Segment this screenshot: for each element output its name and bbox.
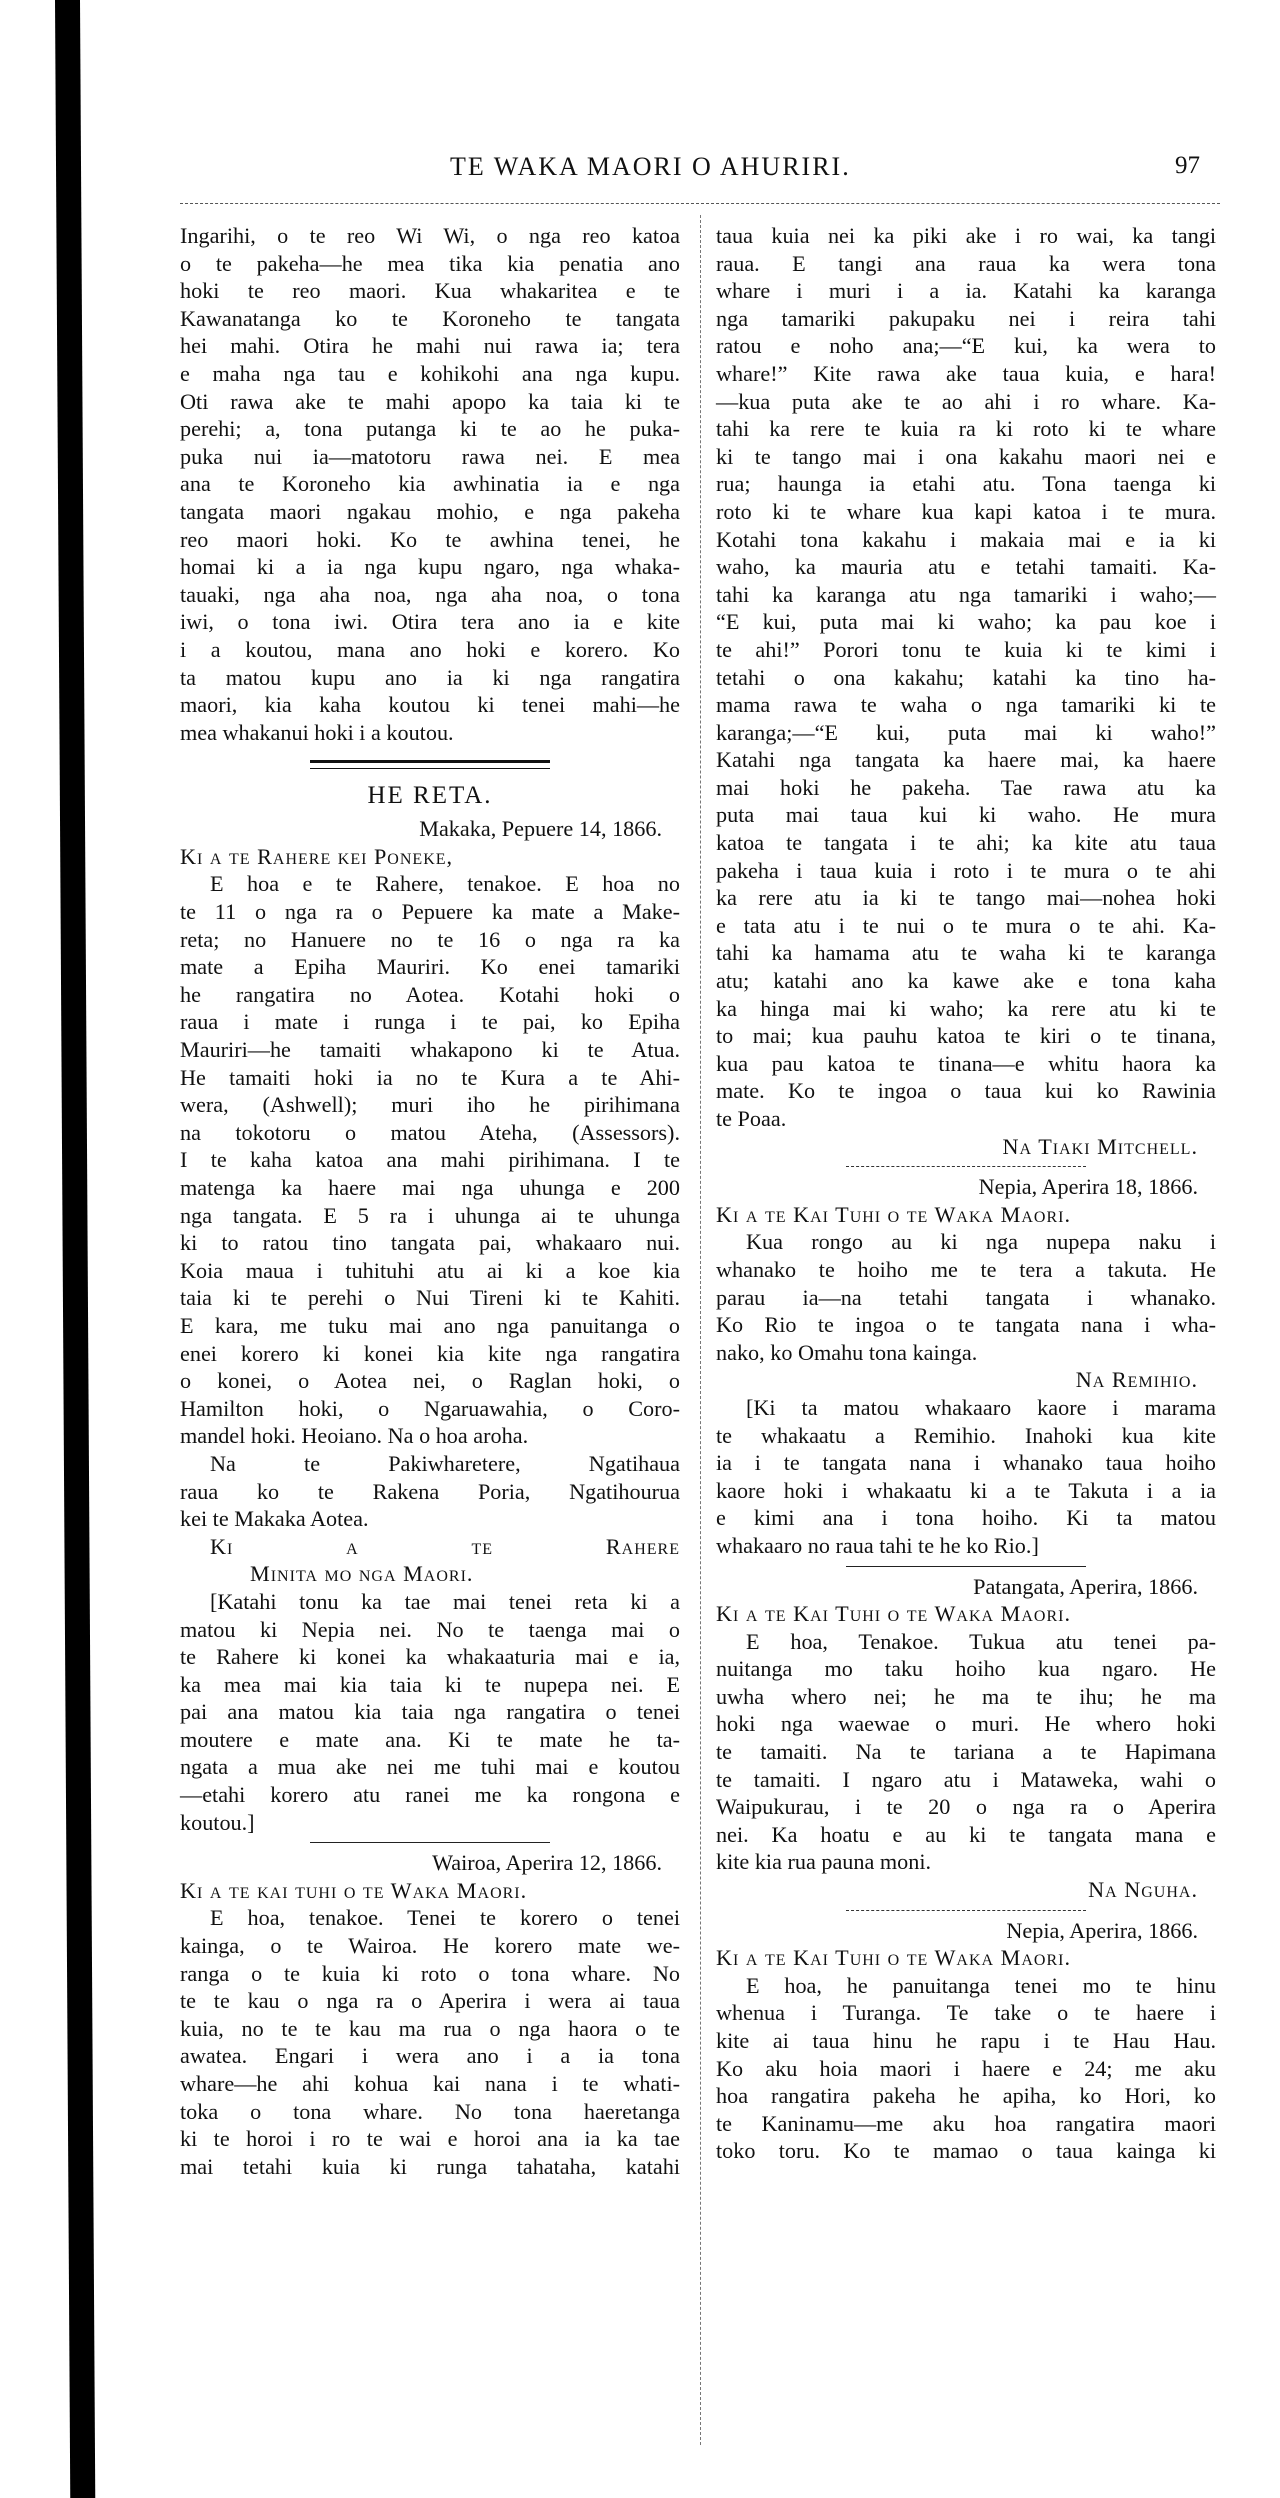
running-title: TE WAKA MAORI O AHURIRI. [450, 152, 851, 182]
text-line: enei korero ki konei kia kite nga rangat… [180, 1340, 680, 1368]
editor-note-line: [Ki ta matou whakaaro kaore i marama [716, 1394, 1216, 1422]
text-line: mate. Ko te ingoa o taua kui ko Rawinia [716, 1077, 1216, 1105]
text-line: perehi; a, tona putanga ki te ao he puka… [180, 415, 680, 443]
text-line: reo maori hoki. Ko te awhina tenei, he [180, 526, 680, 554]
salutation: Ki a te Kai Tuhi o te Waka Maori. [716, 1944, 1216, 1972]
dateline: Nepia, Aperira 18, 1866. [716, 1173, 1216, 1201]
text-line: na tokotoru o matou Ateha, (Assessors). [180, 1119, 680, 1147]
text-line: puta mai taua kui ki waho. He mura [716, 801, 1216, 829]
text-line: toka o tona whare. No tona haeretanga [180, 2098, 680, 2126]
letter-signature: Na te Pakiwharetere, Ngatihauaraua ko te… [180, 1450, 680, 1533]
section-heading: HE RETA. [180, 777, 680, 815]
separator-rule [846, 1910, 1086, 1911]
signature-line: Na te Pakiwharetere, Ngatihaua [180, 1450, 680, 1478]
editor-note-line: moutere e mate ana. Ki te mate he ta- [180, 1726, 680, 1754]
text-line: tetahi o ona kakahu; katahi ka tino ha- [716, 664, 1216, 692]
letter-signature: Na Tiaki Mitchell. [716, 1133, 1216, 1161]
text-line: raua. E tangi ana raua ka wera tona [716, 250, 1216, 278]
text-line: hoki te reo maori. Kua whakaritea e te [180, 277, 680, 305]
address-line: Minita mo nga Maori. [180, 1560, 680, 1588]
text-line: Mauriri—he tamaiti whakapono ki te Atua. [180, 1036, 680, 1064]
text-line: E hoa, he panuitanga tenei mo te hinu [716, 1972, 1216, 2000]
running-head: TE WAKA MAORI O AHURIRI. 97 [180, 152, 1220, 188]
text-line: “E kui, puta mai ki waho; ka pau koe i [716, 608, 1216, 636]
text-line: nga tangata. E 5 ra i uhunga ai te uhung… [180, 1202, 680, 1230]
column-divider [700, 215, 701, 2445]
editor-note-line: e kimi ana i tona hoiho. Ki ta matou [716, 1504, 1216, 1532]
editor-note-line: kaore hoki i whakaatu ki a te Takuta i a… [716, 1477, 1216, 1505]
text-line: taua kuia nei ka piki ake i ro wai, ka t… [716, 222, 1216, 250]
text-line: parau ia—na tetahi tangata i whanako. [716, 1284, 1216, 1312]
text-line: tahi ka karanga atu nga tamariki i waho;… [716, 581, 1216, 609]
text-line: tahi ka hamama atu te waha ki te karanga [716, 939, 1216, 967]
scan-edge-bar [55, 0, 95, 2498]
text-line: matenga ka haere mai nga uhunga e 200 [180, 1174, 680, 1202]
text-line: wera, (Ashwell); muri iho he pirihimana [180, 1091, 680, 1119]
editor-note-line: —etahi korero atu ranei me ka rongona e [180, 1781, 680, 1809]
editor-note-line: te whakaatu a Remihio. Inahoki kua kite [716, 1422, 1216, 1450]
salutation: Ki a te Kai Tuhi o te Waka Maori. [716, 1201, 1216, 1229]
double-rule [310, 760, 550, 769]
salutation: Ki a te Rahere kei Poneke, [180, 843, 680, 871]
editor-note-line: whakaaro no raua tahi te he ko Rio.] [716, 1532, 1216, 1560]
dateline: Patangata, Aperira, 1866. [716, 1573, 1216, 1601]
text-line: katoa te tangata i te ahi; ka kite atu t… [716, 829, 1216, 857]
separator-rule [846, 1566, 1086, 1567]
text-line: e maha nga tau e kohikohi ana nga kupu. [180, 360, 680, 388]
text-line: raua i mate i runga i te pai, ko Epiha [180, 1008, 680, 1036]
address-line: Ki a te Rahere [180, 1533, 680, 1561]
text-line: e tata atu i te nui o te mura o te ahi. … [716, 912, 1216, 940]
text-line: atu; katahi ano ka kawe ake e tona kaha [716, 967, 1216, 995]
text-line: whenua i Turanga. Te take o te haere i [716, 1999, 1216, 2027]
text-line: whare i muri i a ia. Katahi ka karanga [716, 277, 1216, 305]
text-line: —kua puta ake te ao ahi i ro whare. Ka- [716, 388, 1216, 416]
dateline: Wairoa, Aperira 12, 1866. [180, 1849, 680, 1877]
text-line: karanga;—“E kui, puta mai ki waho!” [716, 719, 1216, 747]
page-number: 97 [1175, 152, 1200, 180]
text-line: E hoa, tenakoe. Tenei te korero o tenei [180, 1904, 680, 1932]
text-line: te te kau o nga ra o Aperira i wera ai t… [180, 1987, 680, 2015]
text-line: te Kaninamu—me aku hoa rangatira maori [716, 2110, 1216, 2138]
editor-note-line: [Katahi tonu ka tae mai tenei reta ki a [180, 1588, 680, 1616]
text-line: mea whakanui hoki i a koutou. [180, 719, 680, 747]
letter-signature: Na Remihio. [716, 1366, 1216, 1394]
text-line: he rangatira no Aotea. Kotahi hoki o [180, 981, 680, 1009]
text-line: hoki nga waewae o muri. He whero hoki [716, 1710, 1216, 1738]
text-line: uwha whero nei; he ma te ihu; he ma [716, 1683, 1216, 1711]
text-line: waho, ka mauria atu e tetahi tamaiti. Ka… [716, 553, 1216, 581]
right-column: taua kuia nei ka piki ake i ro wai, ka t… [716, 222, 1216, 2165]
letter-body: E hoa e te Rahere, tenakoe. E hoa note 1… [180, 870, 680, 1449]
text-line: Oti rawa ake te mahi apopo ka taia ki te [180, 388, 680, 416]
text-line: ka hinga mai ki waho; ka rere atu ki te [716, 995, 1216, 1023]
text-line: Hamilton hoki, o Ngaruawahia, o Coro- [180, 1395, 680, 1423]
salutation: Ki a te kai tuhi o te Waka Maori. [180, 1877, 680, 1905]
text-line: ki te tango mai i ona kakahu maori nei e [716, 443, 1216, 471]
text-line: He tamaiti hoki ia no te Kura a te Ahi- [180, 1064, 680, 1092]
separator-rule [310, 1842, 550, 1843]
text-line: mama rawa te waha o nga tamariki ki te [716, 691, 1216, 719]
text-line: iwi, o tona iwi. Otira tera ano ia e kit… [180, 608, 680, 636]
text-line: nako, ko Omahu tona kainga. [716, 1339, 1216, 1367]
letter-body: E hoa, Tenakoe. Tukua atu tenei pa-nuita… [716, 1628, 1216, 1876]
text-line: o konei, o Aotea nei, o Raglan hoki, o [180, 1367, 680, 1395]
text-line: Ko Rio te ingoa o te tangata nana i wha- [716, 1311, 1216, 1339]
letter-body: E hoa, he panuitanga tenei mo te hinuwhe… [716, 1972, 1216, 2165]
text-line: to mai; kua pauhu katoa te kiri o te tin… [716, 1022, 1216, 1050]
letter-body-continued: taua kuia nei ka piki ake i ro wai, ka t… [716, 222, 1216, 1133]
text-line: maori, kia kaha koutou ki tenei mahi—he [180, 691, 680, 719]
text-line: I te kaha katoa ana mahi pirihimana. I t… [180, 1146, 680, 1174]
text-line: te Poaa. [716, 1105, 1216, 1133]
text-line: mate a Epiha Mauriri. Ko enei tamariki [180, 953, 680, 981]
text-line: Katahi nga tangata ka haere mai, ka haer… [716, 746, 1216, 774]
text-line: te tamaiti. Na te tariana a te Hapimana [716, 1738, 1216, 1766]
letter-address: Ki a te RahereMinita mo nga Maori. [180, 1533, 680, 1588]
article-continuation: Ingarihi, o te reo Wi Wi, o nga reo kato… [180, 222, 680, 746]
text-line: ka rere atu ia ki te tango mai—nohea hok… [716, 884, 1216, 912]
text-line: tauaki, nga aha noa, nga aha noa, o tona [180, 581, 680, 609]
text-line: hoa rangatira pakeha he apiha, ko Hori, … [716, 2082, 1216, 2110]
text-line: ki te horoi i ro te wai e horoi ana ia k… [180, 2125, 680, 2153]
editor-note-line: ngata a mua ake nei me tuhi mai e koutou [180, 1753, 680, 1781]
signature-line: kei te Makaka Aotea. [180, 1505, 680, 1533]
dateline: Makaka, Pepuere 14, 1866. [180, 815, 680, 843]
text-line: E hoa, Tenakoe. Tukua atu tenei pa- [716, 1628, 1216, 1656]
letter-signature: Na Nguha. [716, 1876, 1216, 1904]
text-line: Kotahi tona kakahu i makaia mai e ia ki [716, 526, 1216, 554]
editor-note-line: ia i te tangata nana i whanako taua hoih… [716, 1449, 1216, 1477]
editor-note-line: ka mea mai kia taia ki te nupepa nei. E [180, 1671, 680, 1699]
text-line: ta matou kupu ano ia ki nga rangatira [180, 664, 680, 692]
text-line: E hoa e te Rahere, tenakoe. E hoa no [180, 870, 680, 898]
text-line: kuia, no te te kau ma rua o nga haora o … [180, 2015, 680, 2043]
editor-note: [Katahi tonu ka tae mai tenei reta ki am… [180, 1588, 680, 1836]
text-line: tangata maori ngakau mohio, e nga pakeha [180, 498, 680, 526]
text-line: Ko aku hoia maori i haere e 24; me aku [716, 2055, 1216, 2083]
text-line: toko toru. Ko te mamao o taua kainga ki [716, 2137, 1216, 2165]
text-line: whare!” Kite rawa ake taua kuia, e hara! [716, 360, 1216, 388]
text-line: kite kia rua pauna moni. [716, 1848, 1216, 1876]
text-line: whare—he ahi kohua kai nana i te whati- [180, 2070, 680, 2098]
text-line: te tamaiti. I ngaro atu i Mataweka, wahi… [716, 1766, 1216, 1794]
editor-note-line: matou ki Nepia nei. No te taenga mai o [180, 1616, 680, 1644]
text-line: ranga o te kuia ki roto o tona whare. No [180, 1960, 680, 1988]
text-line: puka nui ia—matotoru rawa nei. E mea [180, 443, 680, 471]
text-line: Ingarihi, o te reo Wi Wi, o nga reo kato… [180, 222, 680, 250]
text-line: rua; haunga ia etahi atu. Tona taenga ki [716, 470, 1216, 498]
text-line: taia ki te perehi o Nui Tireni ki te Kah… [180, 1284, 680, 1312]
text-line: nga tamariki pakupaku nei i reira tahi [716, 305, 1216, 333]
text-line: kainga, o te Wairoa. He korero mate we- [180, 1932, 680, 1960]
left-column: Ingarihi, o te reo Wi Wi, o nga reo kato… [180, 222, 680, 2180]
text-line: Koia maua i tuhituhi atu ai ki a koe kia [180, 1257, 680, 1285]
text-line: hei mahi. Otira he mahi nui rawa ia; ter… [180, 332, 680, 360]
text-line: mai hoki he pakeha. Tae rawa atu ka [716, 774, 1216, 802]
text-line: whanako te hoiho me te tera a takuta. He [716, 1256, 1216, 1284]
text-line: tahi ka rere te kuia ra ki roto ki te wh… [716, 415, 1216, 443]
separator-rule [846, 1166, 1086, 1167]
salutation: Ki a te Kai Tuhi o te Waka Maori. [716, 1600, 1216, 1628]
letter-body: E hoa, tenakoe. Tenei te korero o teneik… [180, 1904, 680, 2180]
text-line: Waipukurau, i te 20 o nga ra o Aperira [716, 1793, 1216, 1821]
editor-note: [Ki ta matou whakaaro kaore i maramate w… [716, 1394, 1216, 1560]
text-line: awatea. Engari i wera ano i a ia tona [180, 2042, 680, 2070]
text-line: te ahi!” Porori tonu te kuia ki te kimi … [716, 636, 1216, 664]
text-line: i a koutou, mana ano hoki e korero. Ko [180, 636, 680, 664]
signature-line: raua ko te Rakena Poria, Ngatihourua [180, 1478, 680, 1506]
text-line: pakeha i taua kuia i roto i te mura o te… [716, 857, 1216, 885]
text-line: ratou e noho ana;—“E kui, ka wera to [716, 332, 1216, 360]
editor-note-line: te Rahere ki konei ka whakaaturia mai e … [180, 1643, 680, 1671]
text-line: te 11 o nga ra o Pepuere ka mate a Make- [180, 898, 680, 926]
text-line: E kara, me tuku mai ano nga panuitanga o [180, 1312, 680, 1340]
text-line: o te pakeha—he mea tika kia penatia ano [180, 250, 680, 278]
dateline: Nepia, Aperira, 1866. [716, 1917, 1216, 1945]
text-line: reta; no Hanuere no te 16 o nga ra ka [180, 926, 680, 954]
text-line: mandel hoki. Heoiano. Na o hoa aroha. [180, 1422, 680, 1450]
text-line: ana te Koroneho kia awhinatia ia e nga [180, 470, 680, 498]
header-rule [180, 203, 1220, 204]
text-line: Kua rongo au ki nga nupepa naku i [716, 1228, 1216, 1256]
text-line: kua pau katoa te tinana—e whitu haora ka [716, 1050, 1216, 1078]
text-line: nuitanga mo taku hoiho kua ngaro. He [716, 1655, 1216, 1683]
editor-note-line: koutou.] [180, 1809, 680, 1837]
text-line: ki to ratou tino tangata pai, whakaaro n… [180, 1229, 680, 1257]
text-line: roto ki te whare kua kapi katoa i te mur… [716, 498, 1216, 526]
editor-note-line: pai ana matou kia taia nga rangatira o t… [180, 1698, 680, 1726]
text-line: nei. Ka hoatu e au ki te tangata mana e [716, 1821, 1216, 1849]
text-line: homai ki a ia nga kupu ngaro, nga whaka- [180, 553, 680, 581]
text-line: Kawanatanga ko te Koroneho te tangata [180, 305, 680, 333]
text-line: mai tetahi kuia ki runga tahataha, katah… [180, 2153, 680, 2181]
letter-body: Kua rongo au ki nga nupepa naku iwhanako… [716, 1228, 1216, 1366]
text-line: kite ai taua hinu he rapu i te Hau Hau. [716, 2027, 1216, 2055]
